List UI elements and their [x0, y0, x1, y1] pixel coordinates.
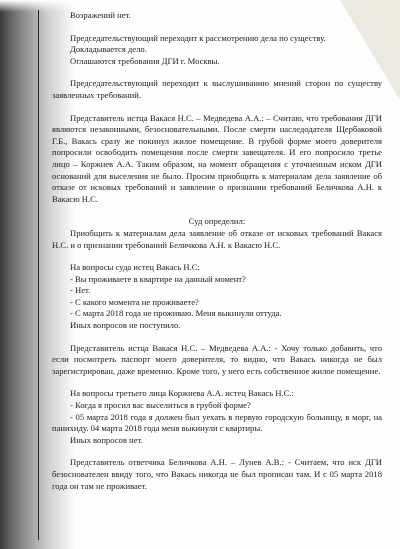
paragraph-gap — [52, 251, 382, 262]
paragraph-gap — [52, 332, 382, 343]
paragraph: Представитель ответчика Беличкова А.Н. –… — [52, 457, 382, 492]
text-line: Иных вопросов не поступило. — [52, 320, 382, 332]
text-line: Оглашаются требования ДГИ г. Москвы. — [52, 56, 382, 68]
page-fold-line — [38, 10, 39, 540]
paragraph-gap — [52, 377, 382, 388]
text-line: Председательствующий переходит к рассмот… — [52, 33, 382, 45]
text-line: - Нет. — [52, 285, 382, 297]
text-line: Возражений нет. — [52, 10, 382, 22]
section-heading: Суд определил: — [52, 216, 382, 228]
text-line: - Вы проживаете в квартире на данный мом… — [52, 274, 382, 286]
scanned-page: Возражений нет.Председательствующий пере… — [0, 0, 400, 549]
text-line: - С марта 2018 года не проживаю. Меня вы… — [52, 308, 382, 320]
paragraph: Представитель истца Вакася Н.С. – Медвед… — [52, 113, 382, 206]
paragraph-gap — [52, 102, 382, 113]
text-line: На вопросы третьего лица Коржнева А.А. и… — [52, 388, 382, 400]
paragraph: Представитель истца Вакася Н.С. – Медвед… — [52, 343, 382, 378]
paragraph: - 05 марта 2018 года я должен был уехать… — [52, 412, 382, 435]
paragraph: Председательствующий переходит к выслуши… — [52, 78, 382, 101]
text-line: - Когда я просил вас выселиться в грубой… — [52, 400, 382, 412]
paragraph-gap — [52, 205, 382, 216]
paragraph-gap — [52, 446, 382, 457]
paragraph-gap — [52, 22, 382, 33]
text-line: Докладывается дело. — [52, 44, 382, 56]
text-line: Иных вопросов нет. — [52, 435, 382, 447]
paragraph: Приобщить к материалам дела заявление об… — [52, 228, 382, 251]
text-line: - С какого момента не проживаете? — [52, 297, 382, 309]
paragraph-gap — [52, 67, 382, 78]
text-line: На вопросы суда истец Вакась Н.С: — [52, 262, 382, 274]
document-body: Возражений нет.Председательствующий пере… — [52, 10, 382, 492]
